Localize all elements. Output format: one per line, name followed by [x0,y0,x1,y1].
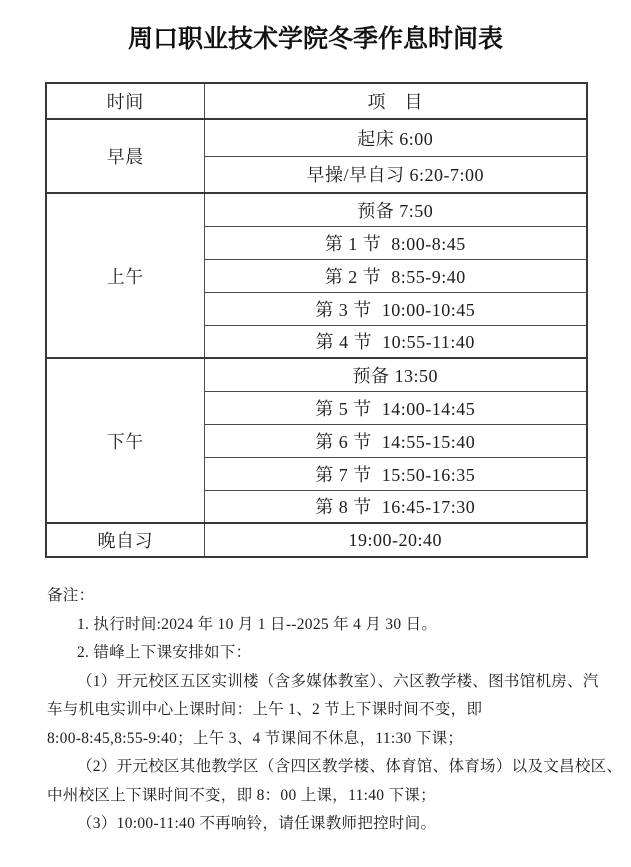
item-cell: 起床 6:00 [204,119,587,156]
note-line: 8:00-8:45,8:55-9:40；上午 3、4 节课间不休息，11:30 … [47,725,592,754]
period-cell-evening: 晚自习 [46,523,204,557]
period-cell-afternoon: 下午 [46,358,204,523]
note-line: 中州校区上下课时间不变，即 8：00 上课，11:40 下课； [47,782,592,811]
schedule-table: 时间 项 目 早晨 起床 6:00 早操/早自习 6:20-7:00 上午 预备… [45,82,588,558]
item-cell: 第 1 节 8:00-8:45 [204,226,587,259]
schedule-document: 周口职业技术学院冬季作息时间表 时间 项 目 早晨 起床 6:00 早操/早自习… [0,0,631,867]
item-cell: 预备 13:50 [204,358,587,391]
table-row: 下午 预备 13:50 [46,358,587,391]
item-cell: 第 5 节 14:00-14:45 [204,391,587,424]
note-line: （3）10:00-11:40 不再响铃，请任课教师把控时间。 [47,810,592,839]
item-cell: 19:00-20:40 [204,523,587,557]
item-cell: 第 2 节 8:55-9:40 [204,259,587,292]
note-line: 车与机电实训中心上课时间：上午 1、2 节上下课时间不变，即 [47,696,592,725]
item-cell: 第 3 节 10:00-10:45 [204,292,587,325]
note-line: 1. 执行时间:2024 年 10 月 1 日--2025 年 4 月 30 日… [47,611,592,640]
column-header-time: 时间 [46,83,204,119]
item-cell: 第 8 节 16:45-17:30 [204,490,587,523]
period-cell-morning: 早晨 [46,119,204,193]
notes-section: 备注： 1. 执行时间:2024 年 10 月 1 日--2025 年 4 月 … [47,582,592,839]
item-cell: 第 6 节 14:55-15:40 [204,424,587,457]
table-row: 上午 预备 7:50 [46,193,587,226]
note-line: （2）开元校区其他教学区（含四区教学楼、体育馆、体育场）以及文昌校区、 [47,753,592,782]
page-title: 周口职业技术学院冬季作息时间表 [0,0,631,52]
notes-label: 备注： [47,582,592,611]
table-row: 晚自习 19:00-20:40 [46,523,587,557]
item-cell: 预备 7:50 [204,193,587,226]
item-cell: 第 4 节 10:55-11:40 [204,325,587,358]
table-row: 早晨 起床 6:00 [46,119,587,156]
column-header-item: 项 目 [204,83,587,119]
item-cell: 第 7 节 15:50-16:35 [204,457,587,490]
note-line: （1）开元校区五区实训楼（含多媒体教室）、六区教学楼、图书馆机房、汽 [47,668,592,697]
item-cell: 早操/早自习 6:20-7:00 [204,156,587,193]
note-line: 2. 错峰上下课安排如下： [47,639,592,668]
table-header-row: 时间 项 目 [46,83,587,119]
period-cell-forenoon: 上午 [46,193,204,358]
